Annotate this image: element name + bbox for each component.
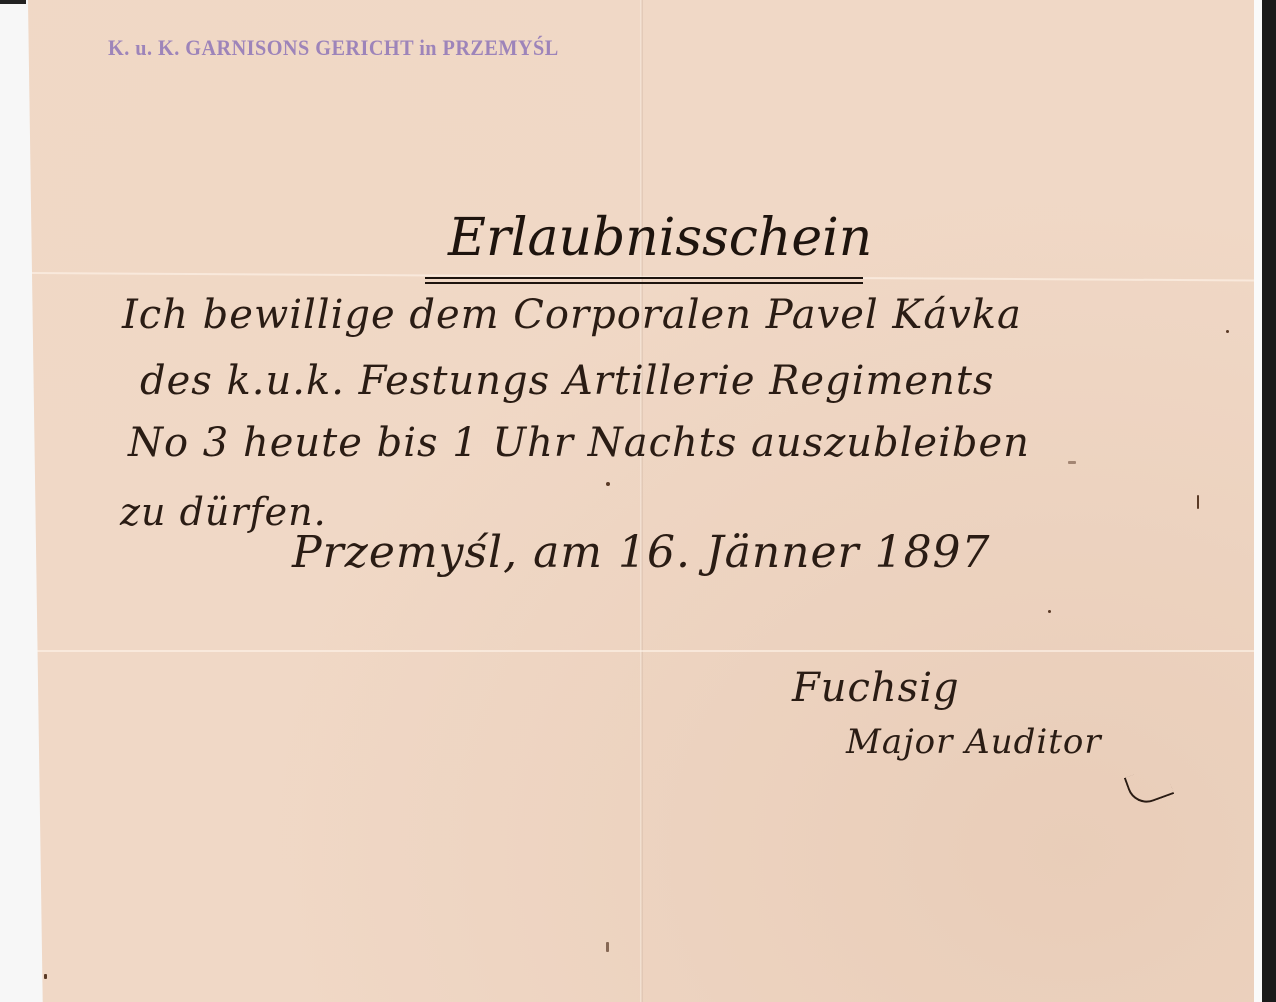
document-title: Erlaubnisschein <box>448 208 872 268</box>
scan-edge <box>1262 0 1276 1002</box>
ink-speck <box>1048 610 1051 613</box>
body-line: Ich bewillige dem Corporalen Pavel Kávka <box>122 292 1022 338</box>
ink-speck <box>44 974 47 979</box>
court-stamp: K. u. K. GARNISONS GERICHT in PRZEMYŚL <box>108 35 559 61</box>
body-line: des k.u.k. Festungs Artillerie Regiments <box>140 358 994 404</box>
signature-title: Major Auditor <box>846 722 1102 762</box>
ink-speck <box>1197 495 1199 509</box>
place-date: Przemyśl, am 16. Jänner 1897 <box>292 527 991 578</box>
title-double-underline <box>425 277 863 284</box>
signature-name: Fuchsig <box>792 665 960 711</box>
body-line: No 3 heute bis 1 Uhr Nachts auszubleiben <box>128 420 1030 466</box>
fold-crease-horizontal <box>28 650 1254 652</box>
ink-speck <box>1068 461 1076 464</box>
ink-speck <box>606 942 609 952</box>
ink-speck <box>1226 330 1229 333</box>
scan-edge <box>0 0 26 4</box>
ink-speck <box>606 482 610 486</box>
fold-crease-vertical <box>640 0 643 1002</box>
